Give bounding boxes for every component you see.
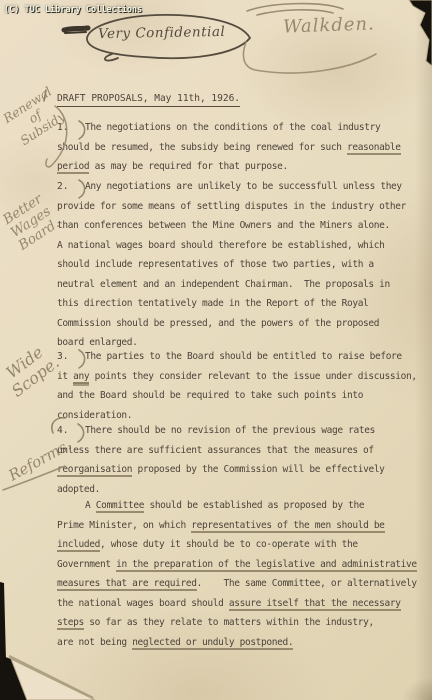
typed-text: should be resumed, the subsidy being ren… — [57, 142, 347, 153]
typed-text: provide for some means of settling dispu… — [57, 201, 406, 212]
typed-text: , whose duty it should be to co-operate … — [100, 539, 358, 550]
typed-text: adopted. — [57, 484, 100, 495]
paragraph-number: 4. — [57, 421, 85, 441]
typed-text: this direction tentatively made in the R… — [57, 298, 368, 309]
typed-line: A national wages board should therefore … — [57, 236, 429, 256]
typed-text: neutral element and an independent Chair… — [57, 279, 390, 290]
pencil-underlined-text: any — [73, 371, 89, 382]
pencil-underlined-text: steps — [57, 617, 84, 628]
typed-text: should be established as proposed by the — [144, 500, 364, 511]
typed-line: should include representatives of those … — [57, 255, 429, 275]
typed-text: . The same Committee, or alternatively — [197, 578, 417, 589]
typed-text: There should be no revision of the previ… — [85, 425, 375, 436]
typed-line: A Committee should be established as pro… — [57, 496, 429, 516]
pencil-underlined-text: reasonable — [347, 142, 401, 153]
typed-text: the national wages board should — [57, 598, 229, 609]
paragraph-number: 1. — [57, 118, 85, 138]
pencil-underlined-text: in the preparation of the legislative an… — [116, 559, 417, 570]
typed-line: 3.The parties to the Board should be ent… — [57, 347, 429, 367]
typed-text: A national wages board should therefore … — [57, 240, 385, 251]
typed-line: steps so far as they relate to matters w… — [57, 613, 429, 633]
paragraph-2: 2.Any negotiations are unlikely to be su… — [57, 177, 429, 353]
typed-line: should be resumed, the subsidy being ren… — [57, 138, 429, 158]
typed-line: are not being neglected or unduly postpo… — [57, 633, 429, 653]
typed-line: period as may be required for that purpo… — [57, 157, 429, 177]
typed-line: 1.The negotiations on the conditions of … — [57, 118, 429, 138]
typed-line: reorganisation proposed by the Commissio… — [57, 460, 429, 480]
typed-line: Government in the preparation of the leg… — [57, 555, 429, 575]
typed-text: should include representatives of those … — [57, 259, 374, 270]
typed-text-layer: DRAFT PROPOSALS, May 11th, 1926. 1.The n… — [0, 0, 432, 700]
typed-text: Government — [57, 559, 116, 570]
typed-text: and the Board should be required to take… — [57, 390, 363, 401]
typed-line: this direction tentatively made in the R… — [57, 294, 429, 314]
pencil-underlined-text: measures that are required — [57, 578, 197, 589]
pencil-underlined-text: representatives of the men should be — [191, 520, 384, 531]
scanned-document-photo: (C) TUC Library Collections Very Confide… — [0, 0, 432, 700]
pencil-underlined-text: assure itself that the necessary — [229, 598, 401, 609]
paragraph-5: A Committee should be established as pro… — [57, 496, 429, 652]
typed-line: 2.Any negotiations are unlikely to be su… — [57, 177, 429, 197]
typed-text: A — [85, 500, 96, 511]
typed-line: provide for some means of settling dispu… — [57, 197, 429, 217]
typed-text: proposed by the Commission will be effec… — [132, 464, 384, 475]
pencil-underlined-text: period — [57, 161, 89, 172]
typed-line: unless there are sufficient assurances t… — [57, 441, 429, 461]
typed-line: the national wages board should assure i… — [57, 594, 429, 614]
paragraph-1: 1.The negotiations on the conditions of … — [57, 118, 429, 177]
typed-line: measures that are required. The same Com… — [57, 574, 429, 594]
pencil-underlined-text: neglected or unduly postponed. — [132, 637, 293, 648]
typed-text: Commission should be pressed, and the po… — [57, 318, 379, 329]
pencil-underlined-text: reorganisation — [57, 464, 132, 475]
pencil-underlined-text: included — [57, 539, 100, 550]
typed-text: are not being — [57, 637, 132, 648]
typed-line: than conferences between the Mine Owners… — [57, 216, 429, 236]
typed-text: consideration. — [57, 410, 132, 421]
paragraph-4: 4.There should be no revision of the pre… — [57, 421, 429, 499]
typed-line: Prime Minister, on which representatives… — [57, 516, 429, 536]
typed-line: included, whose duty it should be to co-… — [57, 535, 429, 555]
typed-line: it any points they consider relevant to … — [57, 367, 429, 387]
typed-text: The parties to the Board should be entit… — [85, 351, 402, 362]
typed-text: than conferences between the Mine Owners… — [57, 220, 390, 231]
paragraph-number: 3. — [57, 347, 85, 367]
paragraph-number: 2. — [57, 177, 85, 197]
typed-text: so far as they relate to matters within … — [84, 617, 374, 628]
document-title: DRAFT PROPOSALS, May 11th, 1926. — [57, 93, 240, 107]
typed-line: Commission should be pressed, and the po… — [57, 314, 429, 334]
typed-text: Any negotiations are unlikely to be succ… — [85, 181, 402, 192]
typed-text: Prime Minister, on which — [57, 520, 191, 531]
typed-text: unless there are sufficient assurances t… — [57, 445, 374, 456]
typed-line: 4.There should be no revision of the pre… — [57, 421, 429, 441]
typed-text: The negotiations on the conditions of th… — [85, 122, 380, 133]
paragraph-3: 3.The parties to the Board should be ent… — [57, 347, 429, 425]
pencil-underlined-text: Committee — [96, 500, 144, 511]
typed-text: as may be required for that purpose. — [89, 161, 288, 172]
typed-text: points they consider relevant to the iss… — [89, 371, 417, 382]
typed-line: neutral element and an independent Chair… — [57, 275, 429, 295]
typed-line: and the Board should be required to take… — [57, 386, 429, 406]
typed-text: it — [57, 371, 73, 382]
